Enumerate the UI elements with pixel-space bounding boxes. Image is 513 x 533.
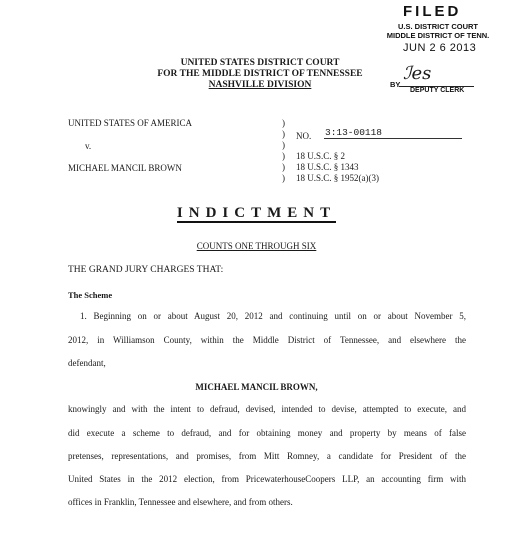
clerk-signature: ℐes (403, 63, 431, 84)
court-district: FOR THE MIDDLE DISTRICT OF TENNESSEE (140, 69, 380, 80)
paragraph-line: did execute a scheme to defraud, and for… (68, 428, 466, 438)
stamp-date: JUN 2 6 2013 (403, 42, 476, 54)
filed-stamp-title: FILED (403, 3, 461, 20)
case-number-line (324, 138, 462, 139)
stamp-court: U.S. DISTRICT COURT (393, 22, 483, 31)
grand-jury-charges: THE GRAND JURY CHARGES THAT: (68, 265, 223, 275)
paragraph-line: 1. Beginning on or about August 20, 2012… (68, 311, 466, 321)
court-division: NASHVILLE DIVISION (140, 80, 380, 91)
document-title: INDICTMENT (0, 205, 513, 222)
versus: v. (85, 141, 91, 151)
statute: 18 U.S.C. § 1343 (296, 162, 359, 172)
caption-paren: ) (282, 162, 285, 172)
paragraph-line: pretenses, representations, and promises… (68, 451, 466, 461)
paragraph-line: 2012, in Williamson County, within the M… (68, 335, 466, 345)
caption-paren: ) (282, 129, 285, 139)
counts-text: COUNTS ONE THROUGH SIX (197, 241, 317, 251)
statute: 18 U.S.C. § 2 (296, 151, 345, 161)
section-heading: The Scheme (68, 290, 112, 300)
defendant-caption: MICHAEL MANCIL BROWN (68, 163, 182, 173)
court-header: UNITED STATES DISTRICT COURT FOR THE MID… (140, 58, 380, 91)
statute: 18 U.S.C. § 1952(a)(3) (296, 173, 379, 183)
caption-paren: ) (282, 173, 285, 183)
counts-heading: COUNTS ONE THROUGH SIX (0, 241, 513, 251)
plaintiff: UNITED STATES OF AMERICA (68, 118, 192, 128)
court-name: UNITED STATES DISTRICT COURT (140, 58, 380, 69)
defendant-name: MICHAEL MANCIL BROWN, (0, 382, 513, 392)
stamp-by: BY (390, 80, 400, 89)
caption-paren: ) (282, 151, 285, 161)
paragraph-line: offices in Franklin, Tennessee and elsew… (68, 497, 466, 507)
stamp-clerk: DEPUTY CLERK (410, 87, 464, 94)
case-number: 3:13-00118 (325, 127, 382, 138)
stamp-district: MIDDLE DISTRICT OF TENN. (382, 31, 494, 40)
title-text: INDICTMENT (177, 205, 336, 223)
paragraph-line: United States in the 2012 election, from… (68, 474, 466, 484)
paragraph-line: defendant, (68, 358, 466, 368)
paragraph-line: knowingly and with the intent to defraud… (68, 404, 466, 414)
case-number-label: NO. (296, 131, 311, 141)
caption-paren: ) (282, 118, 285, 128)
caption-paren: ) (282, 140, 285, 150)
